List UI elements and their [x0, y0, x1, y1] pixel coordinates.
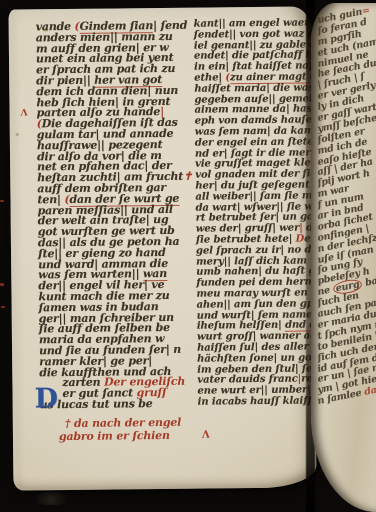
chapter-ending-block: D zarten Der engeliſcher gut ſanct gruſſ…	[39, 377, 204, 411]
manuscript-page: Λ vande (Gindem ſian| ſendanders mien|| …	[8, 6, 316, 490]
fore-edge-mark	[0, 200, 4, 202]
fore-edge-mark	[0, 283, 4, 286]
facing-text-column: uch guin=ſo feran dm pgrſihet uch (namni…	[318, 16, 376, 408]
text-segment: gabro im er ſchien	[59, 429, 170, 443]
rubric-line: gabro im er ſchien	[59, 430, 181, 444]
fore-edge-mark	[1, 306, 5, 308]
text-column-right: kant|| am engel waer ge=ſendet|| von got…	[194, 18, 322, 408]
text-segment: † da nach der engel	[65, 416, 181, 430]
rubric-segment: =	[361, 5, 371, 17]
text-column-left: vande (Gindem ſian| ſendanders mien|| ma…	[36, 21, 193, 379]
manuscript-photo: Λ vande (Gindem ſian| ſendanders mien|| …	[0, 0, 376, 512]
table-reflection	[28, 492, 74, 505]
manuscript-line: in iacabs hauſſ klaiſſent	[198, 396, 322, 408]
lombard-initial: D	[34, 387, 58, 411]
margin-caret-icon: Λ	[21, 108, 28, 118]
facing-page-edge: uch guin=ſo feran dm pgrſihet uch (namni…	[311, 3, 376, 512]
insertion-caret-icon: Λ	[202, 430, 210, 441]
parchment-stain	[15, 132, 20, 136]
rubric-colophon: Λ † da nach der engelgabro im er ſchien	[59, 417, 182, 444]
rubric-segment: ✝	[183, 170, 192, 183]
manuscript-line: us lucas tut uns be	[40, 398, 205, 411]
text-segment: ethe|	[194, 72, 225, 83]
